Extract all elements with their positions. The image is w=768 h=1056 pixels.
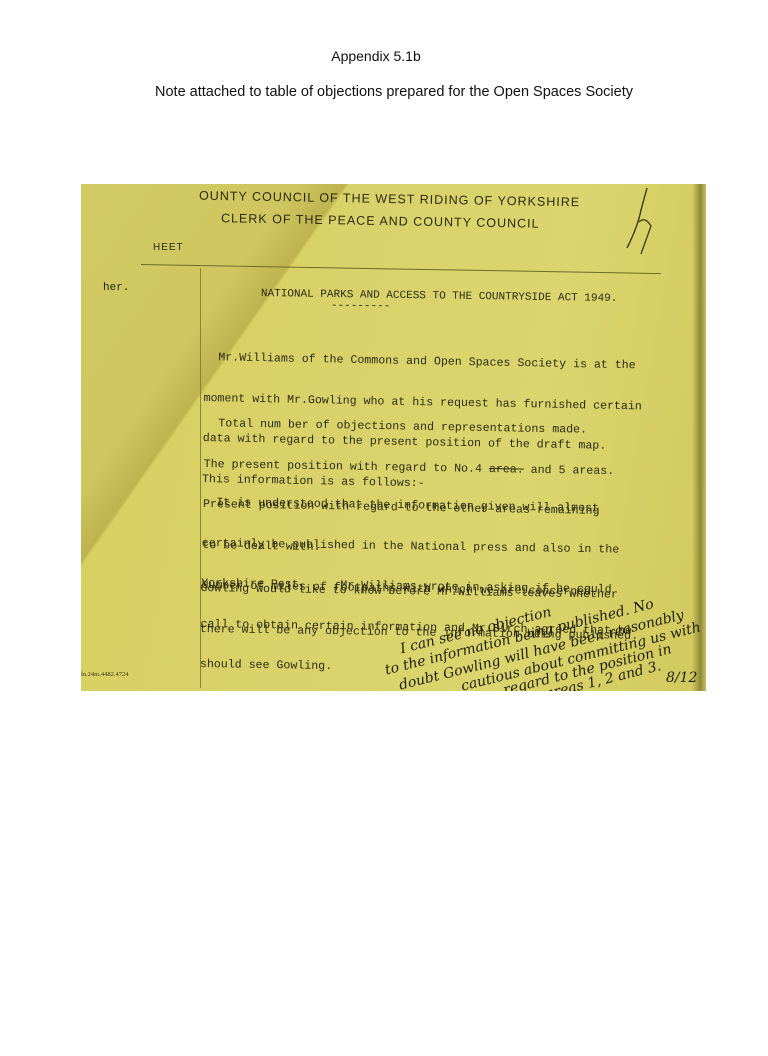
handwritten-annotation: I can see no objection to the informatio… xyxy=(381,564,706,691)
margin-label: her. xyxy=(103,282,129,294)
list-item: Total num ber of objections and represen… xyxy=(204,417,615,438)
handwritten-initials: 8/12 xyxy=(666,670,698,686)
page-number-mark-icon xyxy=(621,186,661,256)
appendix-heading: Appendix 5.1b xyxy=(0,48,768,64)
appendix-description: Note attached to table of objections pre… xyxy=(0,84,768,100)
title-underline: --------- xyxy=(331,300,391,314)
sheet-label: HEET xyxy=(153,242,184,253)
scanned-document-photo: OUNTY COUNCIL OF THE WEST RIDING OF YORK… xyxy=(81,184,706,691)
print-code: ln.24m.4482.4724 xyxy=(81,671,129,678)
